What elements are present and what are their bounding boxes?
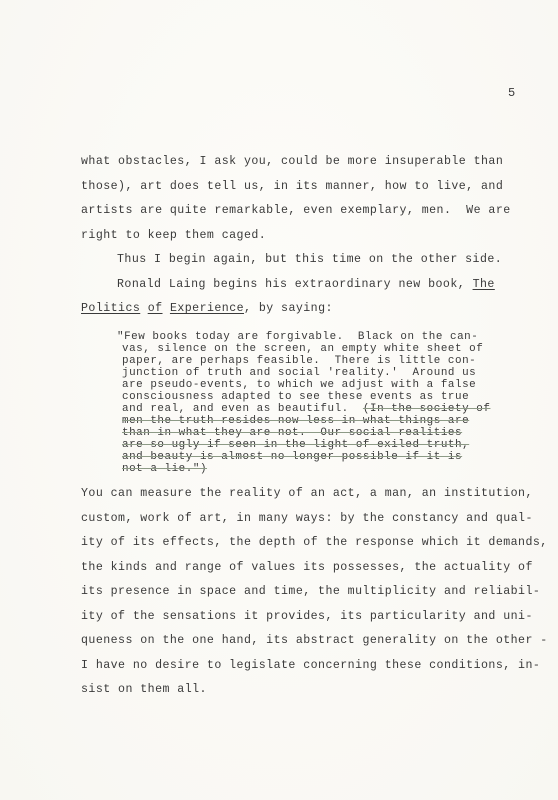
paragraph-1-line: those), art does tell us, in its manner,… [81, 180, 503, 194]
paragraph-3-text: , by saying: [244, 302, 333, 315]
quote-line: and real, and even as beautiful. (In the… [122, 403, 490, 415]
paragraph-4-line: queness on the one hand, its abstract ge… [81, 634, 548, 648]
book-title-part: The [473, 278, 495, 291]
paragraph-4-line: You can measure the reality of an act, a… [81, 487, 533, 501]
book-title-part: of [148, 302, 163, 315]
quote-line: paper, are perhaps feasible. There is li… [122, 355, 476, 367]
struck-quote-line: than in what they are not. Our social re… [122, 427, 462, 439]
paragraph-4-line: the kinds and range of values its posses… [81, 561, 533, 575]
paragraph-1-line: what obstacles, I ask you, could be more… [81, 155, 503, 169]
quote-line: consciousness adapted to see these event… [122, 391, 469, 403]
struck-quote-line: not a lie.") [122, 463, 207, 475]
quote-line: are pseudo-events, to which we adjust wi… [122, 379, 476, 391]
paragraph-4-line: I have no desire to legislate concerning… [81, 659, 540, 673]
paragraph-4-line: its presence in space and time, the mult… [81, 585, 540, 599]
struck-quote-line: men the truth resides now less in what t… [122, 415, 469, 427]
paragraph-1-line: right to keep them caged. [81, 229, 266, 243]
quote-line: "Few books today are forgivable. Black o… [117, 331, 478, 343]
page-number: 5 [508, 86, 516, 100]
paragraph-2: Thus I begin again, but this time on the… [117, 253, 502, 267]
paragraph-3-line-2: Politics of Experience, by saying: [81, 302, 333, 316]
paragraph-1-line: artists are quite remarkable, even exemp… [81, 204, 511, 218]
struck-quote-line: and beauty is almost no longer possible … [122, 451, 462, 463]
book-title-part: Experience [170, 302, 244, 315]
paragraph-3-line-1: Ronald Laing begins his extraordinary ne… [117, 278, 495, 292]
paragraph-4-line: sist on them all. [81, 683, 207, 697]
book-title-part: Politics [81, 302, 140, 315]
paragraph-4-line: custom, work of art, in many ways: by th… [81, 512, 533, 526]
struck-text: (In the society of [363, 403, 491, 415]
paragraph-4-line: ity of the sensations it provides, its p… [81, 610, 533, 624]
quote-text: and real, and even as beautiful. [122, 403, 363, 415]
quote-line: junction of truth and social 'reality.' … [122, 367, 476, 379]
quote-line: vas, silence on the screen, an empty whi… [122, 343, 483, 355]
typewritten-page: 5 what obstacles, I ask you, could be mo… [0, 0, 558, 800]
paragraph-4-line: ity of its effects, the depth of the res… [81, 536, 548, 550]
paragraph-3-text: Ronald Laing begins his extraordinary ne… [117, 278, 473, 291]
struck-quote-line: are so ugly if seen in the light of exil… [122, 439, 469, 451]
